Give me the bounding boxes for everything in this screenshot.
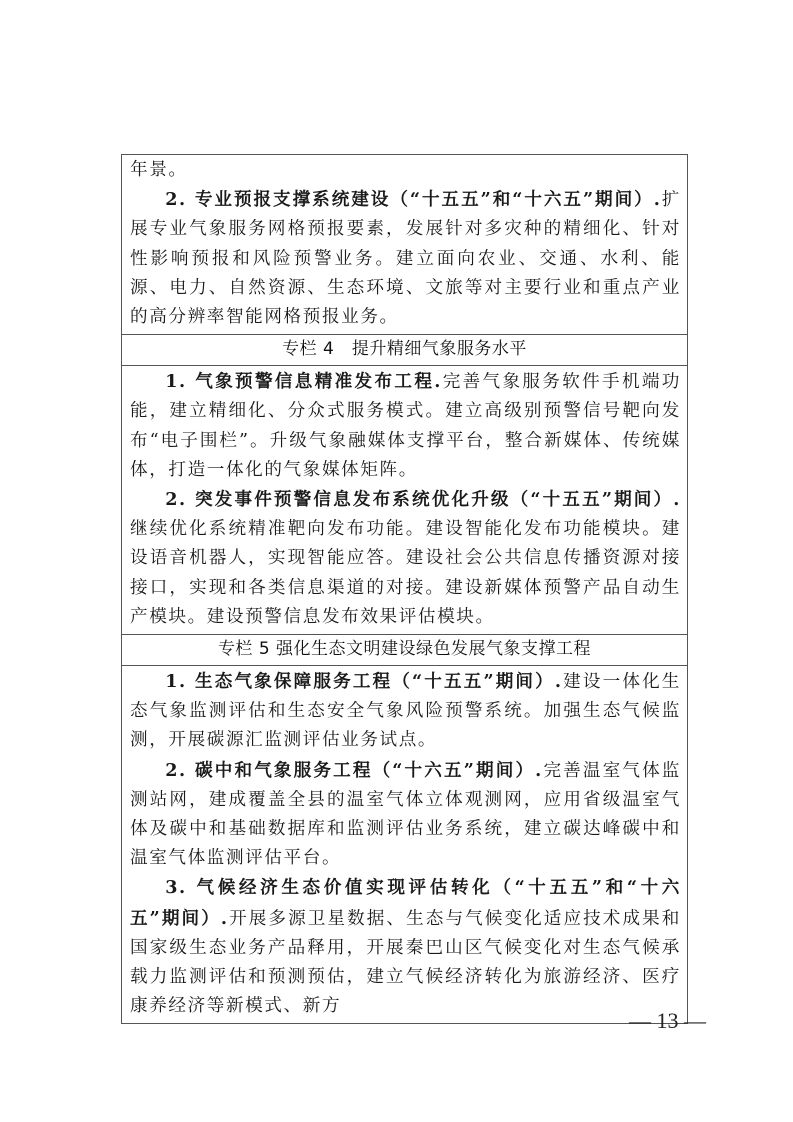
- section4-item-2: 2. 突发事件预警信息发布系统优化升级（“十五五”期间）.继续优化系统精准靶向发…: [130, 485, 681, 632]
- section5-header: 专栏 5 强化生态文明建设绿色发展气象支撑工程: [122, 634, 687, 665]
- section3-item-2: 2. 专业预报支撑系统建设（“十五五”和“十六五”期间）.扩展专业气象服务网格预…: [130, 185, 681, 332]
- section3-continuation: 年景。 2. 专业预报支撑系统建设（“十五五”和“十六五”期间）.扩展专业气象服…: [122, 155, 687, 334]
- continuation-text: 年景。: [130, 156, 681, 185]
- section4-body: 1. 气象预警信息精准发布工程.完善气象服务软件手机端功能，建立精细化、分众式服…: [122, 365, 687, 634]
- section4-item-1: 1. 气象预警信息精准发布工程.完善气象服务软件手机端功能，建立精细化、分众式服…: [130, 367, 681, 485]
- section5-item-1: 1. 生态气象保障服务工程（“十五五”期间）.建设一体化生态气象监测评估和生态安…: [130, 667, 681, 756]
- special-column-table: 年景。 2. 专业预报支撑系统建设（“十五五”和“十六五”期间）.扩展专业气象服…: [121, 154, 688, 1024]
- section5-body: 1. 生态气象保障服务工程（“十五五”期间）.建设一体化生态气象监测评估和生态安…: [122, 665, 687, 1023]
- page-number: — 13 —: [0, 1008, 793, 1034]
- section5-item-3: 3. 气候经济生态价值实现评估转化（“十五五”和“十六五”期间）.开展多源卫星数…: [130, 873, 681, 1021]
- section5-item-2: 2. 碳中和气象服务工程（“十六五”期间）.完善温室气体监测站网，建成覆盖全县的…: [130, 756, 681, 874]
- item-title: 2. 专业预报支撑系统建设（“十五五”和“十六五”期间）.: [165, 189, 661, 210]
- item-title: 1. 气象预警信息精准发布工程.: [165, 371, 442, 392]
- item-title: 2. 突发事件预警信息发布系统优化升级（“十五五”期间）.: [165, 489, 681, 510]
- item-body: 扩展专业气象服务网格预报要素，发展针对多灾种的精细化、针对性影响预报和风险预警业…: [130, 190, 681, 327]
- item-title: 1. 生态气象保障服务工程（“十五五”期间）.: [165, 671, 562, 692]
- item-body: 继续优化系统精准靶向发布功能。建设智能化发布功能模块。建设语音机器人，实现智能应…: [130, 519, 681, 627]
- item-title: 2. 碳中和气象服务工程（“十六五”期间）.: [165, 760, 543, 781]
- section4-header: 专栏 4 提升精细气象服务水平: [122, 334, 687, 365]
